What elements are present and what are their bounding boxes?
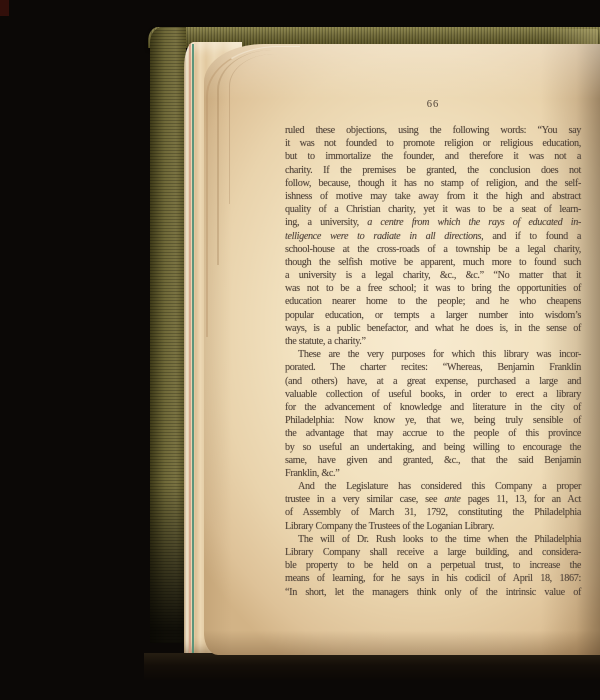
text-line: though the selfish motive be apparent, m…: [285, 256, 581, 269]
text-line: means of learning, for he says in his co…: [285, 572, 581, 585]
text-line: (and others) have, at a great expense, p…: [285, 375, 581, 388]
book-bottom-shadow: [144, 653, 600, 681]
text-line: valuable collection of useful books, in …: [285, 388, 581, 401]
fore-edge-pink-line: [189, 44, 191, 653]
text-line: telligence were to radiate in all direct…: [285, 230, 581, 243]
text-line: ishness of motive may take away from it …: [285, 190, 581, 203]
text-line: ways, is a public benefactor, and what h…: [285, 322, 581, 335]
text-line: popular education, or tempts a larger nu…: [285, 309, 581, 322]
cover-shadow: [150, 483, 186, 643]
text-line: Library Company the Trustees of the Loga…: [285, 520, 581, 533]
book-cover-left-board: [150, 27, 186, 643]
text-line: the advantage that may accrue to the peo…: [285, 427, 581, 440]
fore-edge-teal-line: [192, 44, 194, 653]
text-line: same, have given and granted, &c., that …: [285, 454, 581, 467]
text-line: but to immortalize the founder, and ther…: [285, 150, 581, 163]
text-line: by so useful an undertaking, and being w…: [285, 441, 581, 454]
book-photo: 66 ruled these objections, using the fol…: [0, 0, 600, 700]
text-line: follow, because, though it has no stamp …: [285, 177, 581, 190]
text-line: ble property to be held on a perpetual t…: [285, 559, 581, 572]
page-text: ruled these objections, using the follow…: [285, 124, 581, 599]
text-line: of Assembly of March 31, 1792, constitut…: [285, 506, 581, 519]
text-line: charity. If the premises be granted, the…: [285, 164, 581, 177]
text-line: school-house at the cross-roads of a tow…: [285, 243, 581, 256]
text-line: ruled these objections, using the follow…: [285, 124, 581, 137]
text-line: ing, a university, a centre from which t…: [285, 216, 581, 229]
text-line: a university is a legal charity, &c., &c…: [285, 269, 581, 282]
text-line: These are the very purposes for which th…: [285, 348, 581, 361]
text-line: The will of Dr. Rush looks to the time w…: [285, 533, 581, 546]
text-line: for the advancement of knowledge and lit…: [285, 401, 581, 414]
text-line: And the Legislature has considered this …: [285, 480, 581, 493]
text-line: Philadelphia: Now know ye, that we, bein…: [285, 414, 581, 427]
photo-corner-mark: [0, 0, 9, 16]
text-line: porated. The charter recites: “Whereas, …: [285, 361, 581, 374]
text-line: it was not founded to promote religion o…: [285, 137, 581, 150]
text-line: trustee in a very similar case, see ante…: [285, 493, 581, 506]
text-line: quality of a Christian charity, yet it w…: [285, 203, 581, 216]
page-number: 66: [285, 99, 581, 110]
text-line: Franklin, &c.”: [285, 467, 581, 480]
book-cover-corner: [550, 29, 598, 45]
text-line: education nearer home to the people; and…: [285, 295, 581, 308]
text-line: was not to be a free school; it was to b…: [285, 282, 581, 295]
text-line: “In short, let the managers think only o…: [285, 586, 581, 599]
text-line: the statute, a charity.”: [285, 335, 581, 348]
text-line: Library Company shall receive a large bu…: [285, 546, 581, 559]
